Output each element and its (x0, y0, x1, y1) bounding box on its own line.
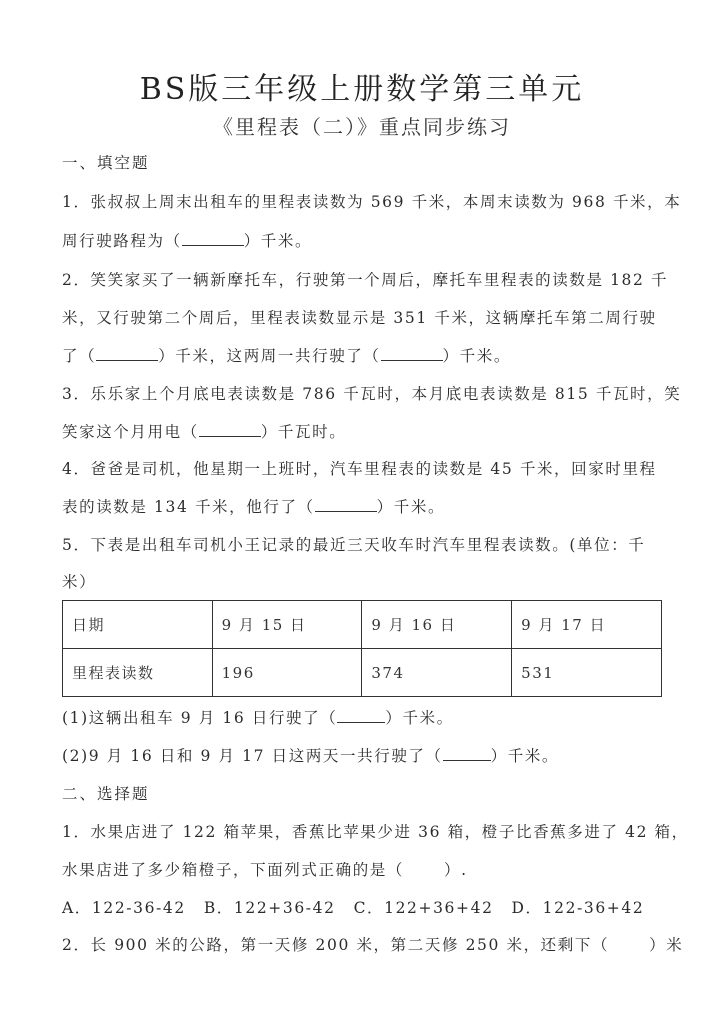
mc-q1-option-d[interactable]: D．122-36+42 (512, 897, 645, 919)
table-cell: 374 (362, 649, 512, 697)
q3-line2: 笑家这个月用电（）千瓦时。 (62, 421, 346, 443)
q5-line1: 5．下表是出租车司机小王记录的最近三天收车时汽车里程表读数。(单位：千 (62, 534, 645, 556)
table-cell: 9 月 17 日 (512, 601, 662, 649)
q4-text-post: ）千米。 (377, 498, 445, 516)
q4-line2: 表的读数是 134 千米，他行了（）千米。 (62, 496, 445, 518)
q1-line1: 1．张叔叔上周末出租车的里程表读数为 569 千米，本周末读数为 968 千米，… (62, 191, 681, 213)
q2-answer-blank-2[interactable] (381, 346, 443, 361)
mc-q1-options: A．122-36-42B．122+36-42C．122+36+42D．122-3… (62, 897, 662, 919)
mc-q1-line1: 1．水果店进了 122 箱苹果，香蕉比苹果少进 36 箱，橙子比香蕉多进了 42… (62, 821, 689, 843)
page-title: BS版三年级上册数学第三单元 (0, 70, 724, 110)
q2-text-pre: 了（ (62, 347, 96, 365)
q2-text-post: ）千米。 (443, 347, 511, 365)
mc-q1-answer-blank[interactable] (404, 861, 444, 875)
q1-line2: 周行驶路程为（）千米。 (62, 230, 312, 252)
mc-q1-text-pre: 水果店进了多少箱橙子，下面列式正确的是（ (62, 861, 404, 879)
q5-sub2-answer-blank[interactable] (443, 746, 491, 761)
q4-line1: 4．爸爸是司机，他星期一上班时，汽车里程表的读数是 45 千米，回家时里程 (62, 458, 657, 480)
q1-text-post: ）千米。 (244, 232, 312, 250)
q2-answer-blank-1[interactable] (96, 346, 158, 361)
q1-text-pre: 周行驶路程为（ (62, 232, 182, 250)
mc-q1-line2: 水果店进了多少箱橙子，下面列式正确的是（）. (62, 859, 468, 881)
table-cell: 里程表读数 (63, 649, 213, 697)
table-row: 里程表读数 196 374 531 (63, 649, 662, 697)
q5-sub2-text-post: ）千米。 (491, 747, 559, 765)
table-cell: 日期 (63, 601, 213, 649)
mileage-table: 日期 9 月 15 日 9 月 16 日 9 月 17 日 里程表读数 196 … (62, 600, 662, 697)
mc-q1-option-a[interactable]: A．122-36-42 (62, 897, 186, 919)
mc-q2-text-post: ）米 (649, 936, 683, 954)
table-header-row: 日期 9 月 15 日 9 月 16 日 9 月 17 日 (63, 601, 662, 649)
q3-text-post: ）千瓦时。 (261, 423, 347, 441)
table-cell: 531 (512, 649, 662, 697)
mc-q1-text-post: ）. (444, 861, 468, 879)
section-heading-fill-blank: 一、填空题 (62, 152, 150, 174)
page-subtitle: 《里程表（二）》重点同步练习 (0, 113, 724, 141)
mc-q2-line1: 2．长 900 米的公路，第一天修 200 米，第二天修 250 米，还剩下（）… (62, 934, 683, 956)
q2-line1: 2．笑笑家买了一辆新摩托车，行驶第一个周后，摩托车里程表的读数是 182 千 (62, 269, 668, 291)
q5-sub2: (2)9 月 16 日和 9 月 17 日这两天一共行驶了（）千米。 (62, 745, 559, 767)
worksheet-page: BS版三年级上册数学第三单元 《里程表（二）》重点同步练习 一、填空题 1．张叔… (0, 0, 724, 1024)
q5-sub1: (1)这辆出租车 9 月 16 日行驶了（）千米。 (62, 707, 454, 729)
q4-text-pre: 表的读数是 134 千米，他行了（ (62, 498, 315, 516)
table-cell: 196 (212, 649, 362, 697)
table-cell: 9 月 16 日 (362, 601, 512, 649)
q5-sub1-text-pre: (1)这辆出租车 9 月 16 日行驶了（ (62, 709, 337, 727)
q2-line3: 了（）千米，这两周一共行驶了（）千米。 (62, 345, 511, 367)
q5-sub2-text-pre: (2)9 月 16 日和 9 月 17 日这两天一共行驶了（ (62, 747, 443, 765)
q5-sub1-text-post: ）千米。 (385, 709, 453, 727)
table-cell: 9 月 15 日 (212, 601, 362, 649)
q3-line1: 3．乐乐家上个月底电表读数是 786 千瓦时，本月底电表读数是 815 千瓦时，… (62, 383, 681, 405)
q3-answer-blank[interactable] (199, 422, 261, 437)
q5-line2: 米） (62, 571, 96, 593)
q4-answer-blank[interactable] (315, 497, 377, 512)
mc-q1-option-b[interactable]: B．122+36-42 (204, 897, 336, 919)
mc-q2-answer-blank[interactable] (609, 936, 649, 950)
q2-line2: 米，又行驶第二个周后，里程表读数显示是 351 千米，这辆摩托车第二周行驶 (62, 307, 657, 329)
mc-q1-option-c[interactable]: C．122+36+42 (354, 897, 494, 919)
q1-answer-blank[interactable] (182, 231, 244, 246)
q3-text-pre: 笑家这个月用电（ (62, 423, 199, 441)
q5-sub1-answer-blank[interactable] (337, 708, 385, 723)
q2-text-mid: ）千米，这两周一共行驶了（ (158, 347, 380, 365)
section-heading-multiple-choice: 二、选择题 (62, 783, 150, 805)
mc-q2-text-pre: 2．长 900 米的公路，第一天修 200 米，第二天修 250 米，还剩下（ (62, 936, 609, 954)
